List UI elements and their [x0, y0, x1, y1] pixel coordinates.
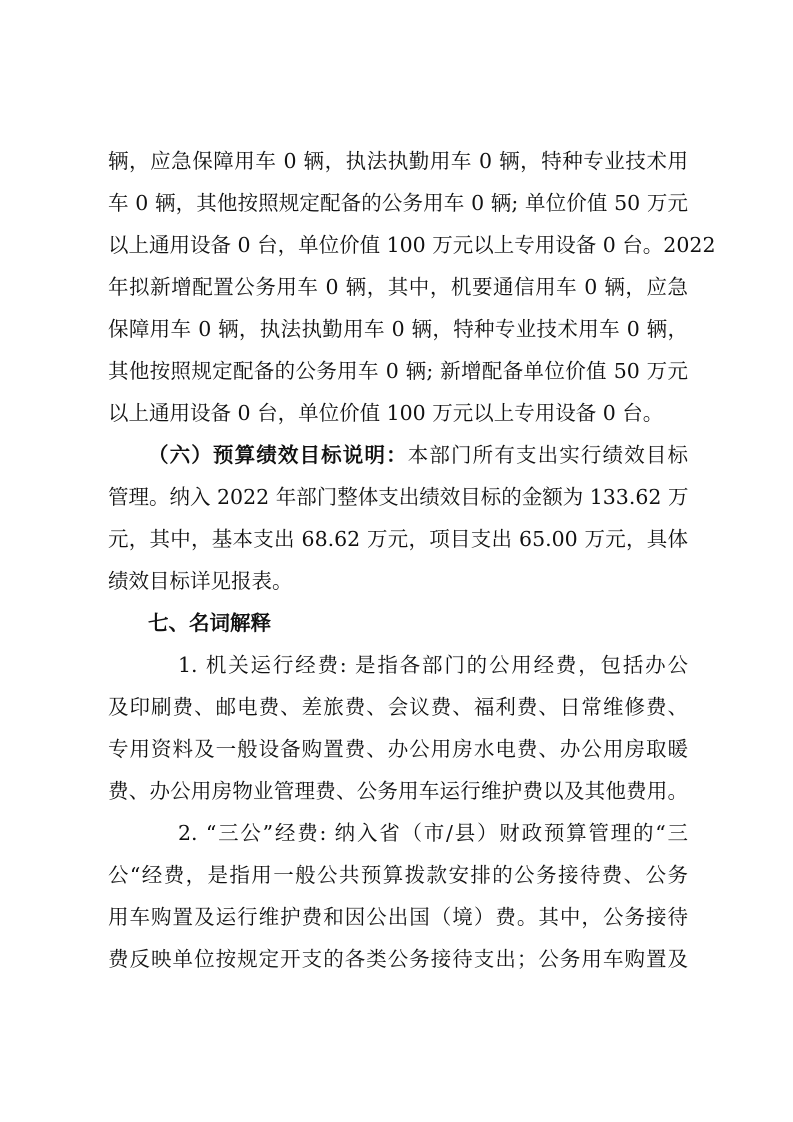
- text-line: 其他按照规定配备的公务用车 0 辆; 新增配备单位价值 50 万元: [108, 356, 688, 386]
- term-2-first-line: 2. “三公”经费: 纳入省（市/县）财政预算管理的“三: [178, 818, 688, 848]
- text-line: 管理。纳入 2022 年部门整体支出绩效目标的金额为 133.62 万: [108, 482, 688, 512]
- section-6-first-line: （六）预算绩效目标说明：本部门所有支出实行绩效目标: [148, 440, 688, 470]
- text-line: 以上通用设备 0 台，单位价值 100 万元以上专用设备 0 台。2022: [108, 230, 688, 260]
- text-line: 保障用车 0 辆，执法执勤用车 0 辆，特种专业技术用车 0 辆，: [108, 314, 688, 344]
- text-line: 专用资料及一般设备购置费、办公用房水电费、办公用房取暖: [108, 734, 688, 764]
- text-line: 绩效目标详见报表。: [108, 566, 688, 596]
- section-6-first-line-text: 本部门所有支出实行绩效目标: [408, 443, 688, 467]
- text-line: 费、办公用房物业管理费、公务用车运行维护费以及其他费用。: [108, 776, 688, 806]
- text-line: 元，其中，基本支出 68.62 万元，项目支出 65.00 万元，具体: [108, 524, 688, 554]
- text-line: 及印刷费、邮电费、差旅费、会议费、福利费、日常维修费、: [108, 692, 688, 722]
- section-7-heading: 七、名词解释: [148, 608, 271, 638]
- text-line: 年拟新增配置公务用车 0 辆，其中，机要通信用车 0 辆，应急: [108, 272, 688, 302]
- text-line: 公“经费，是指用一般公共预算拨款安排的公务接待费、公务: [108, 860, 688, 890]
- text-line: 用车购置及运行维护费和因公出国（境）费。其中，公务接待: [108, 902, 688, 932]
- text-line: 辆，应急保障用车 0 辆，执法执勤用车 0 辆，特种专业技术用: [108, 146, 688, 176]
- text-line: 车 0 辆，其他按照规定配备的公务用车 0 辆; 单位价值 50 万元: [108, 188, 688, 218]
- term-1-first-line: 1. 机关运行经费: 是指各部门的公用经费，包括办公: [178, 650, 688, 680]
- text-line: 以上通用设备 0 台，单位价值 100 万元以上专用设备 0 台。: [108, 398, 688, 428]
- document-page: 辆，应急保障用车 0 辆，执法执勤用车 0 辆，特种专业技术用 车 0 辆，其他…: [0, 0, 793, 1122]
- text-line: 费反映单位按规定开支的各类公务接待支出；公务用车购置及: [108, 944, 688, 974]
- section-6-title: （六）预算绩效目标说明：: [148, 443, 408, 467]
